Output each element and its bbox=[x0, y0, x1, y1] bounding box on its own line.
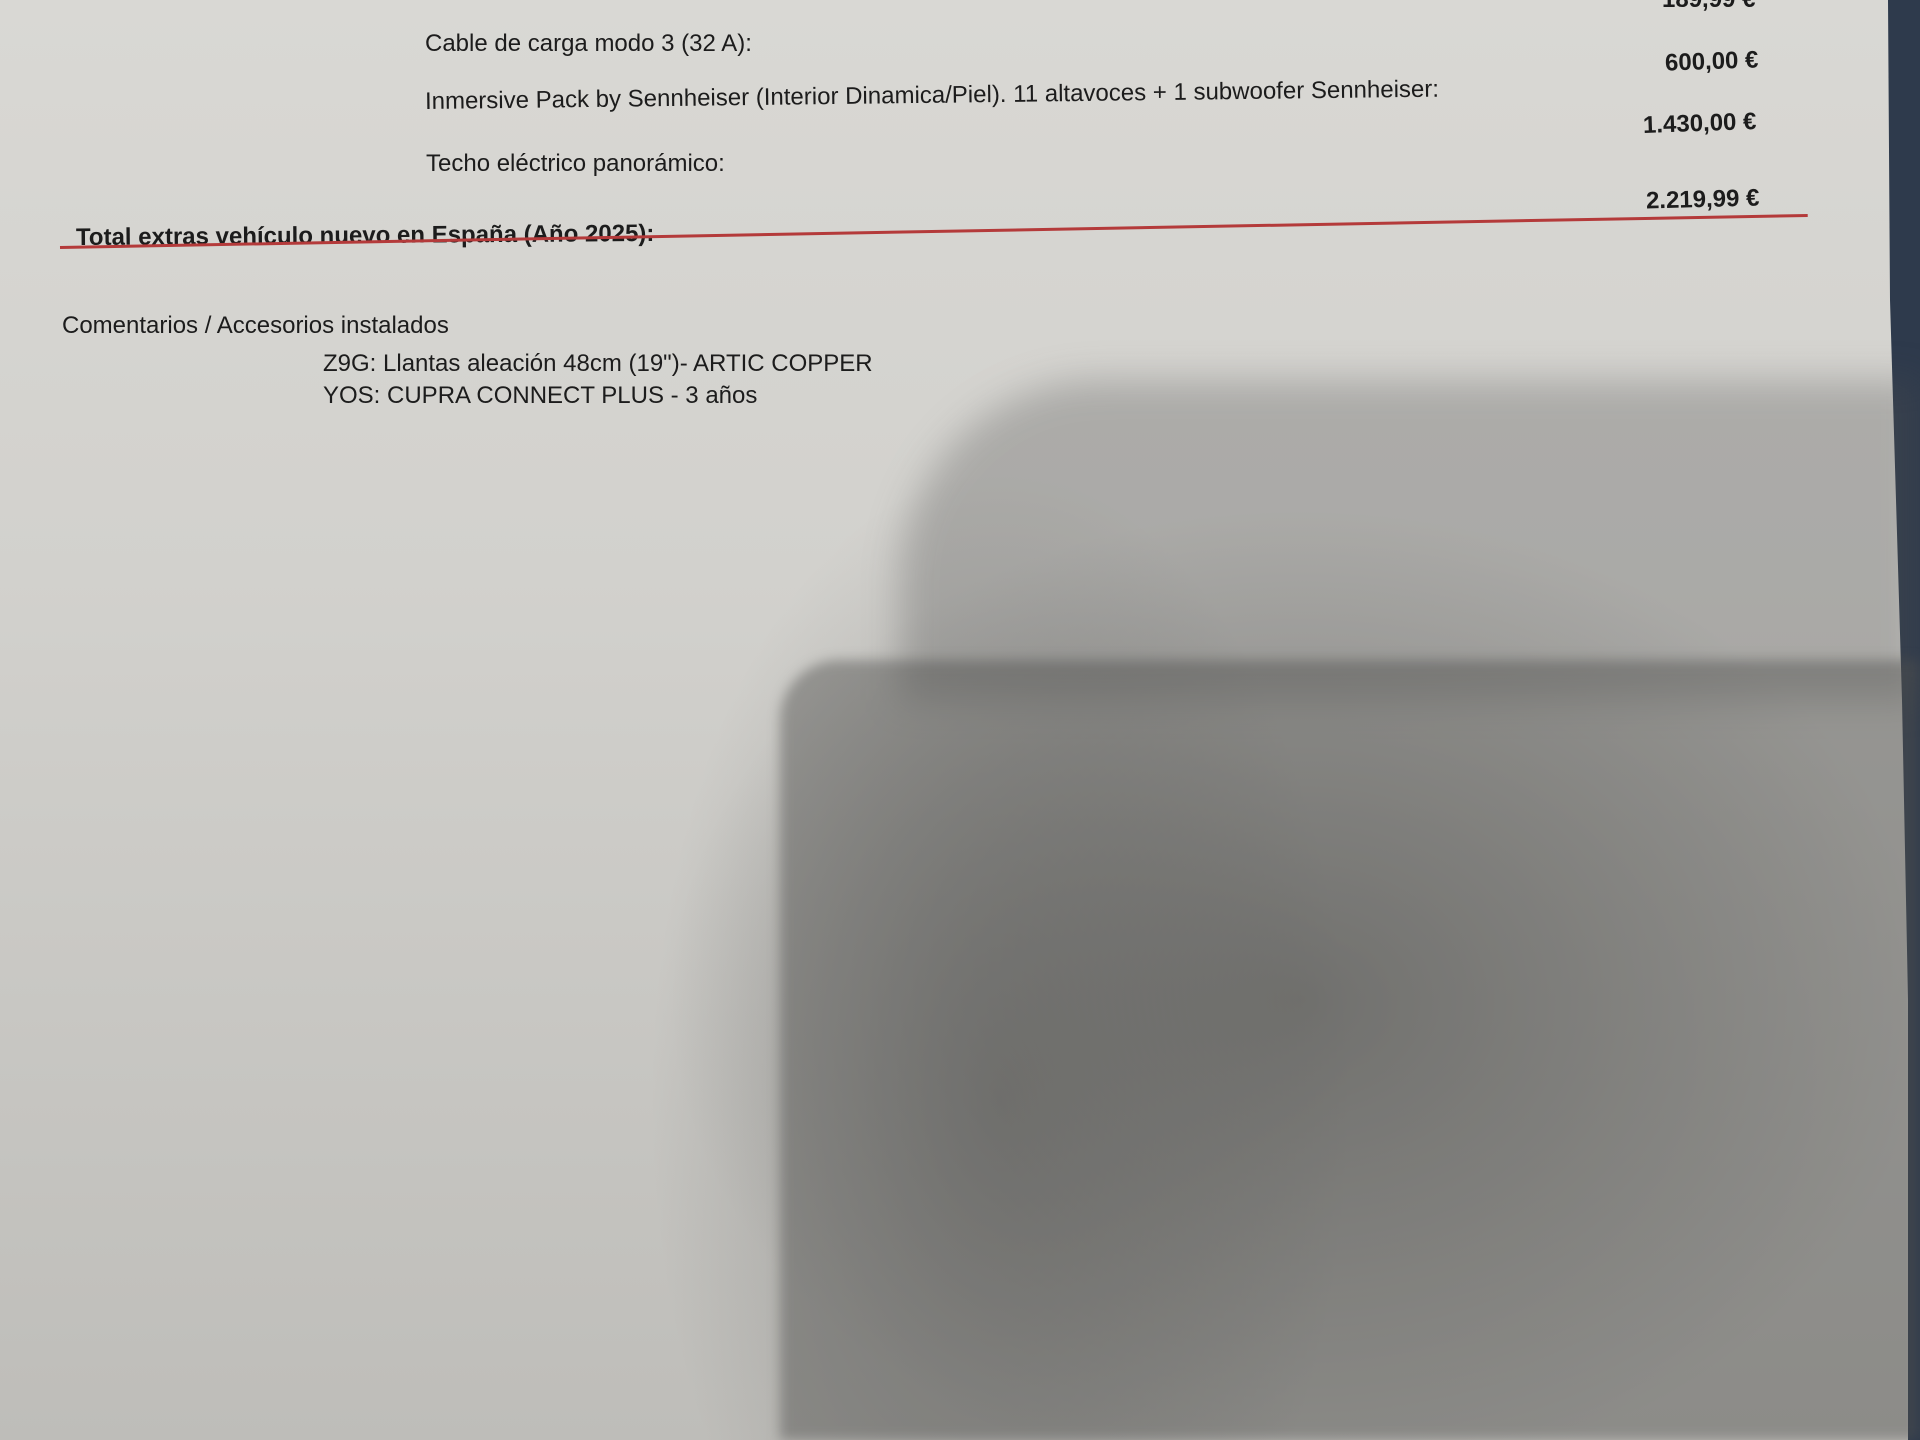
comment-item: Z9G: Llantas aleación 48cm (19")- ARTIC … bbox=[323, 350, 873, 378]
total-amount: 2.219,99 € bbox=[1646, 185, 1760, 216]
extra-amount-sound-pack: 600,00 € bbox=[1665, 46, 1759, 77]
extra-label-panoramic-roof: Techo eléctrico panorámico: bbox=[426, 150, 725, 178]
comments-title: Comentarios / Accesorios instalados bbox=[62, 312, 449, 340]
extra-amount-panoramic-roof: 1.430,00 € bbox=[1643, 108, 1757, 140]
extra-label-sound-pack: Inmersive Pack by Sennheiser (Interior D… bbox=[425, 76, 1439, 116]
comment-item: YOS: CUPRA CONNECT PLUS - 3 años bbox=[323, 382, 757, 410]
invoice-document: 189,99 € Cable de carga modo 3 (32 A): 6… bbox=[0, 0, 1920, 1440]
extra-label-charging-cable: Cable de carga modo 3 (32 A): bbox=[425, 30, 752, 58]
extra-amount-charging-cable: 189,99 € bbox=[1662, 0, 1755, 14]
